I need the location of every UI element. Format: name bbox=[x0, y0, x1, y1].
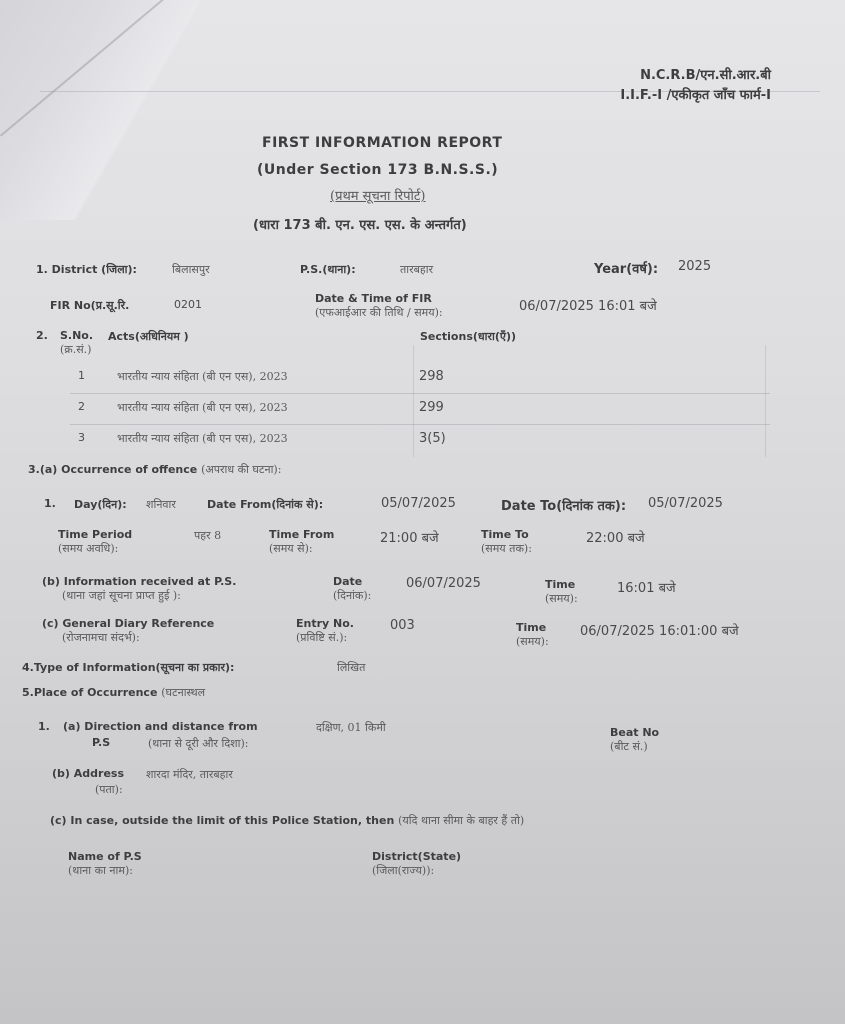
ps-label: P.S.(थाना): bbox=[300, 262, 356, 277]
ps-name-label: Name of P.S (थाना का नाम): bbox=[68, 850, 142, 878]
occurrence-heading: 3.(a) Occurrence of offence (अपराध की घट… bbox=[28, 462, 281, 477]
act-row-name: भारतीय न्याय संहिता (बी एन एस), 2023 bbox=[117, 431, 288, 446]
direction-label: (a) Direction and distance from bbox=[63, 720, 258, 733]
info-type-label: 4.Type of Information(सूचना का प्रकार): bbox=[22, 660, 234, 675]
info-received-label: (b) Information received at P.S. (थाना ज… bbox=[42, 575, 236, 603]
info-time-label: Time (समय): bbox=[545, 578, 578, 606]
act-row-sno: 2 bbox=[78, 400, 85, 413]
date-to-label: Date To(दिनांक तक): bbox=[501, 496, 626, 514]
page-title: FIRST INFORMATION REPORT bbox=[262, 135, 502, 151]
paper-fold-line bbox=[0, 0, 177, 137]
place-heading: 5.Place of Occurrence (घटनास्थल bbox=[22, 685, 205, 700]
direction-label-ps: P.S bbox=[92, 736, 110, 749]
table-row-divider bbox=[70, 393, 770, 394]
time-to-label: Time To (समय तक): bbox=[481, 528, 532, 556]
date-from-label: Date From(दिनांक से): bbox=[207, 497, 323, 512]
hindi-title: (प्रथम सूचना रिपोर्ट) bbox=[330, 186, 426, 204]
table-row-divider bbox=[70, 424, 770, 425]
entry-no-value: 003 bbox=[390, 618, 415, 633]
iif-label: I.I.F.-I /एकीकृत जाँच फार्म-I bbox=[620, 86, 771, 106]
date-to-value: 05/07/2025 bbox=[648, 496, 723, 511]
district-label: 1. District (जिला): bbox=[36, 262, 137, 277]
gd-time-label: Time (समय): bbox=[516, 621, 549, 649]
fir-no-value: 0201 bbox=[174, 298, 202, 311]
direction-label-hi: (थाना से दूरी और दिशा): bbox=[148, 736, 249, 751]
address-label: (b) Address bbox=[52, 767, 124, 780]
entry-no-label: Entry No. (प्रविष्टि सं.): bbox=[296, 617, 354, 645]
time-from-label: Time From (समय से): bbox=[269, 528, 334, 556]
act-row-section: 298 bbox=[419, 369, 444, 384]
paper-fold-shadow bbox=[0, 0, 260, 220]
gd-time-value: 06/07/2025 16:01:00 बजे bbox=[580, 621, 739, 639]
acts-item-number: 2. bbox=[36, 329, 48, 342]
ps-value: तारबहार bbox=[400, 262, 433, 277]
ncrb-label: N.C.R.B/एन.सी.आर.बी bbox=[620, 66, 771, 86]
day-label: Day(दिन): bbox=[74, 497, 127, 512]
day-value: शनिवार bbox=[146, 497, 176, 512]
table-divider bbox=[765, 345, 766, 457]
place-item-number: 1. bbox=[38, 720, 50, 733]
year-label: Year(वर्ष): bbox=[594, 259, 658, 277]
beat-no-label: Beat No (बीट सं.) bbox=[610, 726, 659, 754]
act-row-section: 3(5) bbox=[419, 431, 446, 446]
gd-reference-label: (c) General Diary Reference (रोजनामचा सं… bbox=[42, 617, 214, 645]
time-from-value: 21:00 बजे bbox=[380, 528, 439, 546]
time-period-value: पहर 8 bbox=[194, 528, 221, 543]
act-row-sno: 1 bbox=[78, 369, 85, 382]
info-type-value: लिखित bbox=[337, 660, 365, 675]
address-label-hi: (पता): bbox=[95, 782, 123, 797]
year-value: 2025 bbox=[678, 259, 711, 274]
form-header: N.C.R.B/एन.सी.आर.बी I.I.F.-I /एकीकृत जाँ… bbox=[620, 66, 771, 106]
fir-datetime-value: 06/07/2025 16:01 बजे bbox=[519, 296, 657, 314]
time-to-value: 22:00 बजे bbox=[586, 528, 645, 546]
info-time-value: 16:01 बजे bbox=[617, 578, 676, 596]
district-state-label: District(State) (जिला(राज्य)): bbox=[372, 850, 461, 878]
time-period-label: Time Period (समय अवधि): bbox=[58, 528, 132, 556]
acts-header: Acts(अधिनियम ) bbox=[108, 329, 189, 344]
under-section: (Under Section 173 B.N.S.S.) bbox=[257, 162, 498, 178]
table-divider bbox=[413, 345, 414, 457]
address-value: शारदा मंदिर, तारबहार bbox=[146, 767, 233, 782]
sections-header: Sections(धारा(एँ)) bbox=[420, 329, 516, 344]
fir-no-label: FIR No(प्र.सू.रि. bbox=[50, 298, 129, 313]
info-date-label: Date (दिनांक): bbox=[333, 575, 371, 603]
day-number: 1. bbox=[44, 497, 56, 510]
direction-value: दक्षिण, 01 किमी bbox=[316, 720, 386, 735]
district-value: बिलासपुर bbox=[172, 262, 210, 277]
fir-datetime-label: Date & Time of FIR (एफआईआर की तिथि / समय… bbox=[315, 292, 443, 320]
outside-limit-label: (c) In case, outside the limit of this P… bbox=[50, 813, 524, 828]
act-row-name: भारतीय न्याय संहिता (बी एन एस), 2023 bbox=[117, 400, 288, 415]
sno-header: S.No. (क्र.सं.) bbox=[60, 329, 93, 357]
act-row-sno: 3 bbox=[78, 431, 85, 444]
act-row-section: 299 bbox=[419, 400, 444, 415]
date-from-value: 05/07/2025 bbox=[381, 496, 456, 511]
hindi-section: (धारा 173 बी. एन. एस. एस. के अन्तर्गत) bbox=[253, 215, 467, 233]
act-row-name: भारतीय न्याय संहिता (बी एन एस), 2023 bbox=[117, 369, 288, 384]
info-date-value: 06/07/2025 bbox=[406, 576, 481, 591]
